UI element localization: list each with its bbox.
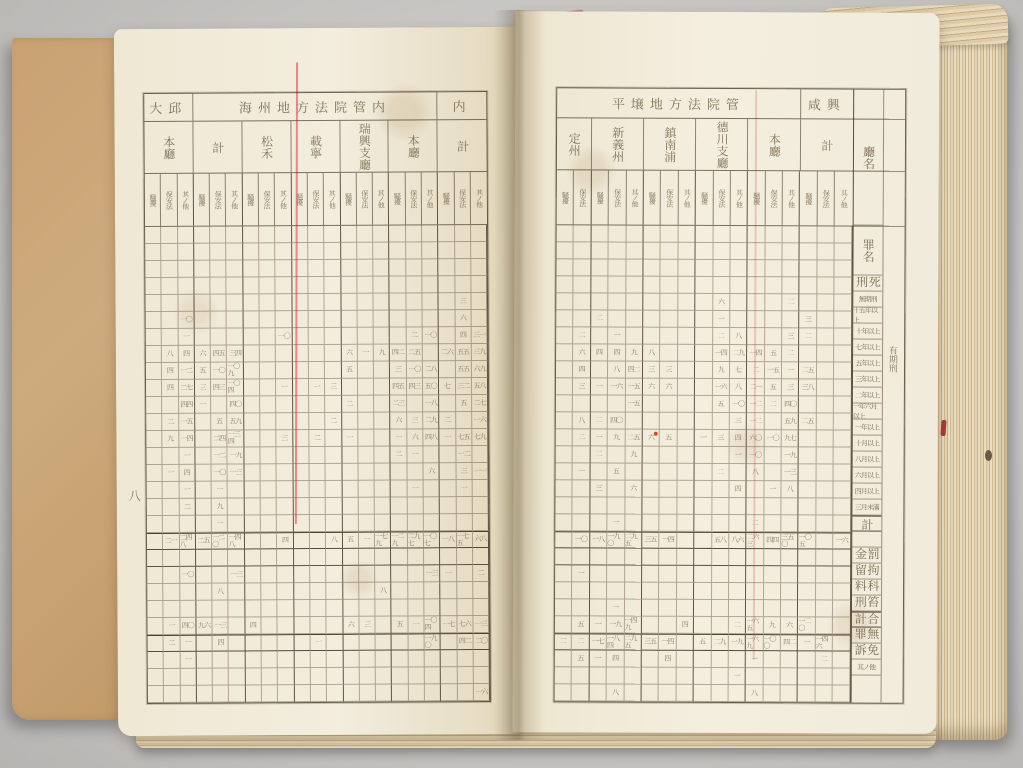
table-cell: 一 xyxy=(179,482,195,499)
table-cell xyxy=(764,447,781,464)
table-cell xyxy=(391,514,407,531)
table-cell: 八 xyxy=(162,346,178,363)
row-label-text: 計 xyxy=(860,518,873,529)
court-office-label: 定州 xyxy=(568,132,581,156)
table-cell: 六 xyxy=(643,430,660,447)
table-cell xyxy=(695,464,712,481)
table-cell xyxy=(292,345,308,362)
table-cell: 二 xyxy=(406,327,422,344)
table-cell xyxy=(712,549,729,566)
table-cell xyxy=(591,361,608,378)
table-cell xyxy=(375,464,391,481)
table-cell xyxy=(309,413,325,430)
court-office-label: 計 xyxy=(456,140,469,152)
table-cell xyxy=(661,277,678,294)
table-cell xyxy=(376,651,392,668)
table-cell: 四二 xyxy=(781,634,798,651)
table-cell xyxy=(325,277,341,294)
row-label-cell: 無期刑 xyxy=(853,292,882,308)
table-cell xyxy=(326,498,342,515)
table-cell xyxy=(440,497,456,514)
offense-subcolumn-cell: 騒擾 xyxy=(145,174,162,226)
offense-subcolumn-label: 其ノ他 xyxy=(787,189,794,207)
table-cell xyxy=(244,430,260,447)
offense-subcolumn-label: 騒擾 xyxy=(753,192,760,204)
table-cell xyxy=(162,329,178,346)
offense-subcolumn-cell: 保安法 xyxy=(454,172,471,224)
table-cell xyxy=(194,278,210,295)
table-cell xyxy=(730,260,747,277)
table-cell xyxy=(574,225,591,242)
table-cell xyxy=(712,515,729,532)
table-cell xyxy=(643,260,660,277)
table-cell xyxy=(374,396,390,413)
table-cell: 三 xyxy=(782,379,799,396)
table-cell xyxy=(817,277,834,294)
table-cell: 二 xyxy=(391,446,407,463)
table-cell xyxy=(243,294,259,311)
table-cell xyxy=(408,514,424,531)
table-cell xyxy=(212,567,228,584)
table-cell: 一 xyxy=(607,599,624,616)
table-cell xyxy=(406,242,422,259)
row-label-cell: 合計 xyxy=(852,612,881,628)
table-cell: 五 xyxy=(456,395,472,412)
table-cell xyxy=(711,668,728,685)
table-cell: 三 xyxy=(800,311,817,328)
table-cell xyxy=(677,583,694,600)
table-cell xyxy=(834,345,851,362)
table-cell xyxy=(555,497,572,514)
table-cell xyxy=(277,515,293,532)
table-cell xyxy=(642,515,659,532)
jurisdiction-band-cell: 咸興 xyxy=(801,89,853,118)
table-cell: 一 xyxy=(180,635,196,652)
table-cell xyxy=(677,600,694,617)
table-cell: 四 xyxy=(213,635,229,652)
table-cell xyxy=(245,583,261,600)
table-cell xyxy=(441,667,457,684)
table-cell xyxy=(765,226,782,243)
table-cell: 一 xyxy=(163,465,179,482)
table-cell: 一 xyxy=(178,329,194,346)
table-cell xyxy=(327,600,343,617)
row-label-text: 罪名 xyxy=(861,238,874,262)
row-label-text: 科料 xyxy=(854,580,879,595)
table-cell: 二四 xyxy=(211,431,227,448)
table-cell: 一七五 xyxy=(457,531,473,548)
table-cell xyxy=(294,583,310,600)
page-edge-stack-right xyxy=(930,10,1008,740)
table-cell xyxy=(162,295,178,312)
table-cell xyxy=(425,650,441,667)
table-cell: 一三 xyxy=(229,566,245,583)
table-cell xyxy=(424,582,440,599)
table-cell xyxy=(798,583,815,600)
table-cell xyxy=(406,310,422,327)
court-office-label: 載寧 xyxy=(309,134,322,158)
table-cell xyxy=(626,328,643,345)
row-label-cell: 廳名 xyxy=(853,90,883,226)
table-cell xyxy=(343,566,359,583)
table-cell xyxy=(763,651,780,668)
table-cell xyxy=(833,634,850,651)
row-label-text: 免訴 xyxy=(853,644,878,659)
table-cell xyxy=(696,243,713,260)
table-cell: 一五 xyxy=(625,396,642,413)
table-row xyxy=(147,548,489,567)
table-cell xyxy=(748,277,765,294)
table-row xyxy=(147,599,489,618)
court-office-cell: 德川支廳 xyxy=(696,119,748,170)
row-label-cell: 八月以上 xyxy=(852,452,881,468)
table-cell: 一九〇 xyxy=(425,633,441,650)
table-cell xyxy=(162,312,178,329)
table-cell xyxy=(392,599,408,616)
table-cell xyxy=(729,498,746,515)
table-cell xyxy=(262,668,278,685)
table-cell xyxy=(643,447,660,464)
table-cell xyxy=(817,379,834,396)
table-cell xyxy=(375,481,391,498)
table-cell xyxy=(556,412,573,429)
offense-subcolumn-cell: 保安法 xyxy=(161,174,178,226)
table-cell xyxy=(195,329,211,346)
table-cell xyxy=(572,582,589,599)
photo-backdrop: 八 大邱海州地方法院管内内本廳計松禾載寧瑞興支廳本廳計騒擾保安法其ノ他騒擾保安法… xyxy=(0,0,1023,768)
table-cell: 一九 xyxy=(228,447,244,464)
court-office-cell: 本廳 xyxy=(144,122,193,173)
table-cell xyxy=(746,583,763,600)
table-cell xyxy=(695,379,712,396)
table-cell: 一 xyxy=(590,429,607,446)
table-cell xyxy=(406,259,422,276)
row-label-cell: 一年以上 xyxy=(853,420,882,436)
table-cell xyxy=(278,634,294,651)
table-cell xyxy=(359,566,375,583)
table-cell: 三 xyxy=(643,362,660,379)
table-cell: 一〇 xyxy=(178,312,194,329)
table-cell: 二 xyxy=(440,412,456,429)
table-cell xyxy=(746,600,763,617)
table-cell xyxy=(676,685,693,702)
table-cell xyxy=(643,294,660,311)
table-cell xyxy=(326,566,342,583)
table-cell xyxy=(556,310,573,327)
table-cell: 二 xyxy=(325,413,341,430)
table-cell xyxy=(326,464,342,481)
table-cell: 二〇 xyxy=(473,633,489,650)
table-cell: 一〇九 xyxy=(227,362,243,379)
table-cell: 八 xyxy=(375,583,391,600)
table-cell xyxy=(798,651,815,668)
table-cell xyxy=(407,463,423,480)
table-cell xyxy=(730,226,747,243)
table-cell xyxy=(695,277,712,294)
table-cell xyxy=(694,549,711,566)
bracket-column: 有期刑 xyxy=(880,90,905,703)
table-cell: 一二〇 xyxy=(798,617,815,634)
table-cell xyxy=(211,397,227,414)
table-cell xyxy=(712,481,729,498)
row-label-cell: 拘留 xyxy=(852,564,881,580)
table-cell xyxy=(695,345,712,362)
offense-subcolumn-cell: 其ノ他 xyxy=(324,173,341,225)
court-office-cell: 新義州 xyxy=(592,118,644,169)
table-cell xyxy=(834,430,851,447)
table-cell xyxy=(677,413,694,430)
table-cell: 二 xyxy=(782,345,799,362)
table-cell: 四 xyxy=(178,346,194,363)
table-cell: 八 xyxy=(747,464,764,481)
table-cell xyxy=(677,566,694,583)
table-cell xyxy=(163,482,179,499)
table-cell xyxy=(260,294,276,311)
table-cell: 四 xyxy=(245,617,261,634)
table-cell xyxy=(196,499,212,516)
table-cell xyxy=(310,583,326,600)
table-cell xyxy=(374,294,390,311)
row-label-cell: 七年以上 xyxy=(853,340,882,356)
table-cell xyxy=(293,430,309,447)
offense-subcolumn-cell: 保安法 xyxy=(259,173,276,225)
table-cell xyxy=(293,396,309,413)
table-cell: 一 xyxy=(798,634,815,651)
table-cell xyxy=(728,685,745,702)
table-cell: 一 xyxy=(359,532,375,549)
table-cell xyxy=(293,481,309,498)
table-cell xyxy=(659,566,676,583)
table-cell xyxy=(590,599,607,616)
table-cell xyxy=(573,497,590,514)
table-cell: 五 xyxy=(341,362,357,379)
table-cell xyxy=(259,277,275,294)
table-row: 一〇六 xyxy=(146,310,488,329)
table-cell: 一 xyxy=(212,482,228,499)
table-cell xyxy=(799,396,816,413)
table-cell xyxy=(278,685,294,702)
table-cell xyxy=(626,311,643,328)
table-cell xyxy=(677,549,694,566)
table-cell xyxy=(278,583,294,600)
table-cell xyxy=(146,397,162,414)
table-cell xyxy=(695,294,712,311)
table-cell xyxy=(817,311,834,328)
table-cell xyxy=(375,447,391,464)
table-cell xyxy=(834,379,851,396)
row-label-text: 十月以上 xyxy=(855,438,879,448)
table-cell xyxy=(360,668,376,685)
table-cell xyxy=(422,225,438,242)
table-cell: 二 xyxy=(713,328,730,345)
table-cell xyxy=(607,548,624,565)
table-cell: 三一 xyxy=(472,327,488,344)
court-office-cell: 本廳 xyxy=(389,120,438,171)
row-label-text: 十五年以上 xyxy=(853,308,882,324)
table-cell: 一 xyxy=(608,327,625,344)
table-cell: 一四 xyxy=(747,345,764,362)
table-cell xyxy=(423,310,439,327)
table-cell: 一〇 xyxy=(764,430,781,447)
table-cell xyxy=(781,498,798,515)
table-cell xyxy=(196,550,212,567)
table-cell xyxy=(358,413,374,430)
table-cell: 二九 xyxy=(423,412,439,429)
row-label-text: 六月以上 xyxy=(855,470,879,480)
table-cell xyxy=(341,311,357,328)
table-cell xyxy=(424,548,440,565)
table-cell xyxy=(643,277,660,294)
table-cell xyxy=(471,276,487,293)
table-cell xyxy=(781,651,798,668)
table-cell: 六 xyxy=(781,617,798,634)
offense-subcolumn-label: 其ノ他 xyxy=(230,190,237,208)
table-cell xyxy=(357,311,373,328)
table-cell xyxy=(244,498,260,515)
table-cell xyxy=(607,565,624,582)
table-cell xyxy=(194,312,210,329)
table-cell xyxy=(555,684,572,701)
table-cell xyxy=(455,225,471,242)
table-cell: 四 xyxy=(677,617,694,634)
table-cell xyxy=(555,650,572,667)
table-cell xyxy=(244,413,260,430)
table-cell xyxy=(243,277,259,294)
table-cell: 三 xyxy=(730,413,747,430)
table-cell xyxy=(245,651,261,668)
table-cell xyxy=(212,550,228,567)
table-cell xyxy=(677,430,694,447)
row-label-cell: 罪名 xyxy=(853,226,882,276)
table-cell xyxy=(310,566,326,583)
group-title-row: 本廳計松禾載寧瑞興支廳本廳計 xyxy=(144,120,487,174)
table-cell xyxy=(556,395,573,412)
table-cell xyxy=(277,481,293,498)
table-cell: 一四八 xyxy=(228,532,244,549)
table-cell: 二八 xyxy=(423,361,439,378)
table-cell xyxy=(261,464,277,481)
table-cell xyxy=(457,650,473,667)
table-cell: 六 xyxy=(424,463,440,480)
table-cell: 二 xyxy=(309,430,325,447)
row-label-cell: 計 xyxy=(852,516,881,532)
table-cell: 二 xyxy=(473,565,489,582)
table-cell xyxy=(243,260,259,277)
table-cell xyxy=(260,379,276,396)
row-label-text: 三月未滿 xyxy=(855,502,879,512)
table-cell xyxy=(677,634,694,651)
table-cell: 一〇 xyxy=(180,567,196,584)
table-cell xyxy=(408,565,424,582)
table-cell: 四四 xyxy=(179,397,195,414)
court-office-label: 本廳 xyxy=(768,133,781,157)
table-cell xyxy=(341,328,357,345)
table-cell xyxy=(275,226,291,243)
table-cell xyxy=(817,226,834,243)
table-cell xyxy=(473,480,489,497)
table-cell xyxy=(557,225,574,242)
table-cell xyxy=(438,225,454,242)
table-cell: 三二 xyxy=(456,378,472,395)
left-page-table: 大邱海州地方法院管内内本廳計松禾載寧瑞興支廳本廳計騒擾保安法其ノ他騒擾保安法其ノ… xyxy=(114,27,516,29)
table-cell: 一二 xyxy=(747,413,764,430)
table-cell xyxy=(815,685,832,702)
table-cell: 七九 xyxy=(472,429,488,446)
table-cell xyxy=(422,276,438,293)
offense-subcolumn-cell: 騒擾 xyxy=(194,174,211,226)
row-label-cell: 六月以上 xyxy=(852,468,881,484)
row-label-cell: 笞刑 xyxy=(852,596,881,612)
row-label-cell: 科料 xyxy=(852,580,881,596)
table-cell xyxy=(243,328,259,345)
table-cell xyxy=(391,497,407,514)
table-cell: 一 xyxy=(342,430,358,447)
table-cell: 一二 xyxy=(747,396,764,413)
table-cell xyxy=(678,379,695,396)
table-cell xyxy=(798,600,815,617)
table-cell xyxy=(375,600,391,617)
table-cell xyxy=(164,601,180,618)
table-cell xyxy=(245,566,261,583)
table-cell xyxy=(800,277,817,294)
table-cell xyxy=(163,516,179,533)
table-cell xyxy=(211,329,227,346)
table-cell xyxy=(624,668,641,685)
table-cell xyxy=(440,480,456,497)
table-cell: 三 xyxy=(590,480,607,497)
table-cell xyxy=(457,565,473,582)
table-cell xyxy=(358,328,374,345)
table-cell xyxy=(817,430,834,447)
table-cell: 三五〇 xyxy=(781,532,798,549)
table-cell xyxy=(229,583,245,600)
table-cell xyxy=(625,515,642,532)
table-cell xyxy=(375,515,391,532)
table-cell xyxy=(245,634,261,651)
table-cell xyxy=(676,651,693,668)
table-cell xyxy=(661,260,678,277)
table-cell xyxy=(341,243,357,260)
table-cell xyxy=(162,278,178,295)
table-cell xyxy=(660,498,677,515)
table-cell: 一七 xyxy=(441,616,457,633)
table-cell xyxy=(213,669,229,686)
table-cell xyxy=(325,328,341,345)
table-cell xyxy=(661,226,678,243)
table-cell xyxy=(246,685,262,702)
table-cell xyxy=(833,685,850,702)
table-cell: 四 xyxy=(162,363,178,380)
offense-subcolumn-label: 其ノ他 xyxy=(426,189,433,207)
table-cell: 二 xyxy=(573,429,590,446)
table-cell: 一六九 xyxy=(746,634,763,651)
table-cell xyxy=(729,600,746,617)
table-cell xyxy=(358,362,374,379)
table-cell xyxy=(195,414,211,431)
table-cell xyxy=(608,446,625,463)
table-cell xyxy=(358,447,374,464)
table-cell xyxy=(392,650,408,667)
table-cell xyxy=(694,668,711,685)
table-cell: 一四 xyxy=(179,431,195,448)
table-cell: 一 xyxy=(782,362,799,379)
table-cell xyxy=(261,600,277,617)
table-cell xyxy=(591,276,608,293)
table-cell: 一〇 xyxy=(573,531,590,548)
table-cell xyxy=(457,582,473,599)
table-cell: 三 xyxy=(456,463,472,480)
table-cell: 一〇 xyxy=(276,328,292,345)
